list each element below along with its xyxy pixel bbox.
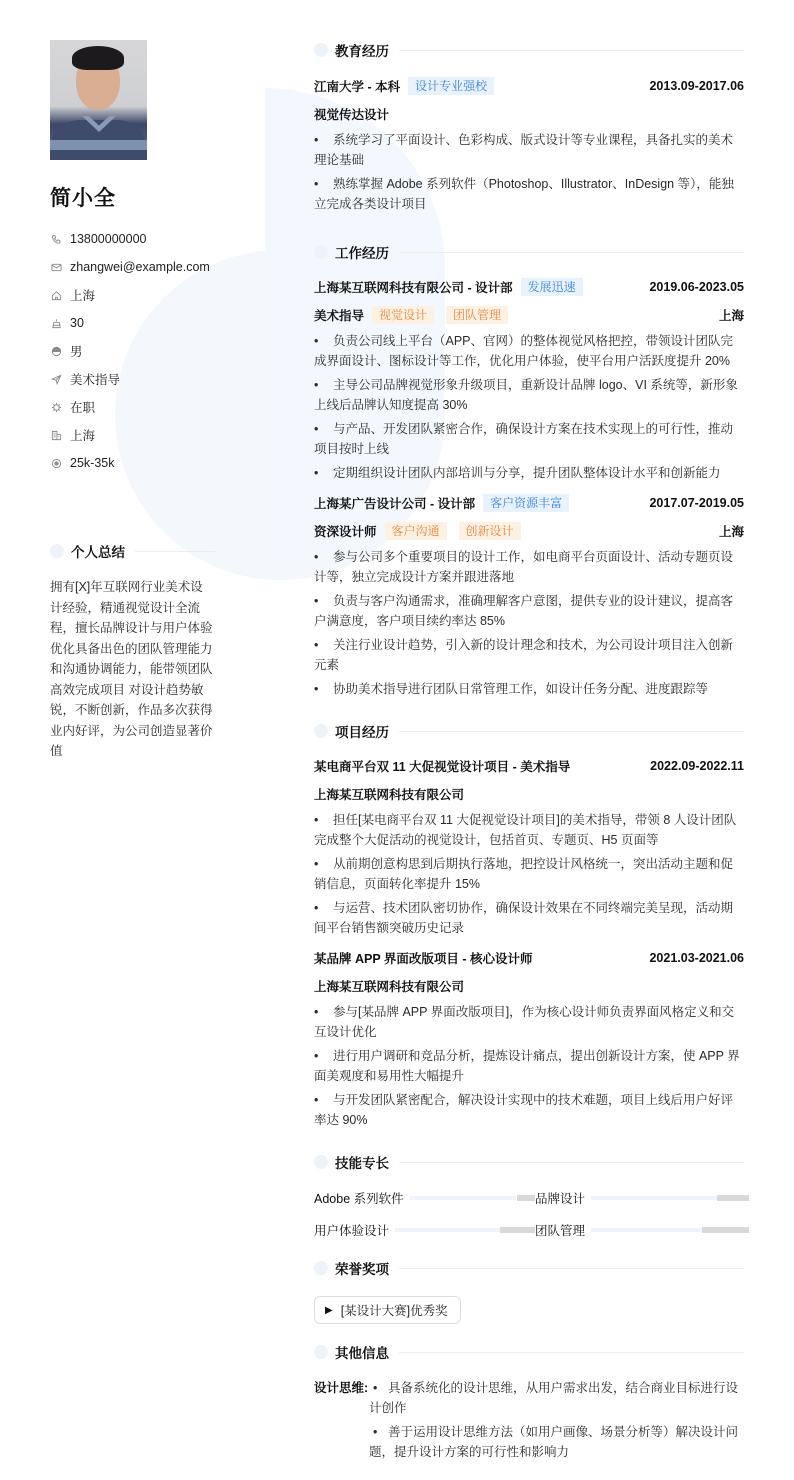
- school-tag: 设计专业强校: [408, 77, 494, 95]
- projects-heading: 项目经历: [314, 721, 744, 741]
- contact-info-list: 13800000000 zhangwei@example.com 上海 30 男…: [50, 225, 220, 477]
- list-item: 从前期创意构思到后期执行落地，把控设计风格统一，突出活动主题和促销信息，页面转化…: [314, 854, 744, 894]
- age-value: 30: [70, 316, 84, 330]
- info-gender: 男: [50, 337, 220, 365]
- role-tag: 团队管理: [446, 306, 508, 324]
- email-value: zhangwei@example.com: [70, 260, 210, 274]
- work-section: 工作经历 上海某互联网科技有限公司 - 设计部 发展迅速 2019.06-202…: [314, 242, 744, 699]
- position-value: 美术指导: [70, 370, 120, 388]
- list-item: 负责与客户沟通需求，准确理解客户意图，提供专业的设计建议，提高客户满意度，客户项…: [314, 591, 744, 631]
- list-item: 与开发团队紧密配合，解决设计实现中的技术难题，项目上线后用户好评率达 90%: [314, 1090, 744, 1130]
- list-item: 与产品、开发团队紧密合作，确保设计方案在技术实现上的可行性，推动项目按时上线: [314, 419, 744, 459]
- section-dot-icon: [314, 724, 328, 738]
- company-tag: 发展迅速: [521, 278, 583, 296]
- award-item[interactable]: ▶ [某设计大赛]优秀奖: [314, 1296, 461, 1324]
- list-item: 担任[某电商平台双 11 大促视觉设计项目]的美术指导，带领 8 人设计团队完成…: [314, 810, 744, 850]
- company-tag: 客户资源丰富: [483, 494, 569, 512]
- info-age: 30: [50, 309, 220, 337]
- skill-item: Adobe 系列软件: [314, 1188, 535, 1208]
- major-name: 视觉传达设计: [314, 105, 389, 123]
- skill-item: 团队管理: [535, 1220, 749, 1240]
- list-item: 系统学习了平面设计、色彩构成、版式设计等专业课程，具备扎实的美术理论基础: [314, 130, 744, 170]
- role-tag: 创新设计: [459, 522, 521, 540]
- summary-title: 个人总结: [71, 541, 125, 561]
- other-label: 设计思维:: [314, 1378, 369, 1466]
- summary-heading: 个人总结: [50, 541, 215, 561]
- project-company-row: 上海某互联网科技有限公司: [314, 976, 744, 996]
- skill-progress-bar: [410, 1195, 535, 1201]
- work-location: 上海: [719, 306, 744, 324]
- projects-section: 项目经历 某电商平台双 11 大促视觉设计项目 - 美术指导 2022.09-2…: [314, 721, 744, 1130]
- send-icon: [50, 373, 62, 385]
- list-item: 进行用户调研和竞品分析，提炼设计痛点，提出创新设计方案，使 APP 界面美观度和…: [314, 1046, 744, 1086]
- info-position: 美术指导: [50, 365, 220, 393]
- list-item: 参与公司多个重要项目的设计工作，如电商平台页面设计、活动专题页设计等，独立完成设…: [314, 547, 744, 587]
- list-item: 关注行业设计趋势，引入新的设计理念和技术，为公司设计项目注入创新元素: [314, 635, 744, 675]
- education-bullets: 系统学习了平面设计、色彩构成、版式设计等专业课程，具备扎实的美术理论基础 熟练掌…: [314, 130, 744, 214]
- work-bullets: 负责公司线上平台（APP、官网）的整体视觉风格把控，带领设计团队完成界面设计、图…: [314, 331, 744, 483]
- gender-value: 男: [70, 342, 83, 360]
- divider: [399, 1162, 744, 1163]
- list-item: 定期组织设计团队内部培训与分享，提升团队整体设计水平和创新能力: [314, 463, 744, 483]
- divider: [399, 252, 744, 253]
- right-column: 教育经历 江南大学 - 本科 设计专业强校 2013.09-2017.06 视觉…: [314, 40, 744, 1466]
- major-row: 视觉传达设计: [314, 104, 744, 124]
- project-name: 某品牌 APP 界面改版项目 - 核心设计师: [314, 949, 533, 967]
- info-status: 在职: [50, 393, 220, 421]
- skill-name: 用户体验设计: [314, 1221, 389, 1239]
- resume-page: 简小全 13800000000 zhangwei@example.com 上海 …: [0, 0, 794, 1480]
- role-tag: 视觉设计: [372, 306, 434, 324]
- section-dot-icon: [314, 1261, 328, 1275]
- other-title: 其他信息: [335, 1342, 389, 1362]
- school-name: 江南大学 - 本科: [314, 77, 400, 95]
- work-entry-header: 上海某广告设计公司 - 设计部 客户资源丰富 2017.07-2019.05: [314, 493, 744, 513]
- list-item: 参与[某品牌 APP 界面改版项目]，作为核心设计师负责界面风格定义和交互设计优…: [314, 1002, 744, 1042]
- salary-value: 25k-35k: [70, 456, 114, 470]
- gender-icon: [50, 345, 62, 357]
- list-item: 主导公司品牌视觉形象升级项目，重新设计品牌 logo、VI 系统等，新形象上线后…: [314, 375, 744, 415]
- project-name: 某电商平台双 11 大促视觉设计项目 - 美术指导: [314, 757, 570, 775]
- project-company-row: 上海某互联网科技有限公司: [314, 784, 744, 804]
- company-name: 上海某互联网科技有限公司 - 设计部: [314, 278, 513, 296]
- work-bullets: 参与公司多个重要项目的设计工作，如电商平台页面设计、活动专题页设计等，独立完成设…: [314, 547, 744, 699]
- project-company: 上海某互联网科技有限公司: [314, 977, 464, 995]
- section-dot-icon: [314, 1155, 328, 1169]
- project-date: 2021.03-2021.06: [649, 951, 744, 965]
- residence-value: 上海: [70, 286, 95, 304]
- divider: [399, 1352, 744, 1353]
- project-entry-header: 某电商平台双 11 大促视觉设计项目 - 美术指导 2022.09-2022.1…: [314, 756, 744, 776]
- section-dot-icon: [50, 544, 64, 558]
- other-section: 其他信息 设计思维: 具备系统化的设计思维，从用户需求出发，结合商业目标进行设计…: [314, 1342, 744, 1466]
- project-entry: 某品牌 APP 界面改版项目 - 核心设计师 2021.03-2021.06 上…: [314, 948, 744, 1130]
- work-entry-header: 上海某互联网科技有限公司 - 设计部 发展迅速 2019.06-2023.05: [314, 277, 744, 297]
- skill-item: 品牌设计: [535, 1188, 749, 1208]
- divider: [399, 50, 744, 51]
- avatar: [50, 40, 147, 160]
- skill-name: Adobe 系列软件: [314, 1189, 404, 1207]
- section-dot-icon: [314, 1345, 328, 1359]
- skills-title: 技能专长: [335, 1152, 389, 1172]
- skills-heading: 技能专长: [314, 1152, 744, 1172]
- list-item: 善于运用设计思维方法（如用户画像、场景分析等）解决设计问题，提升设计方案的可行性…: [369, 1422, 744, 1462]
- list-item: 负责公司线上平台（APP、官网）的整体视觉风格把控，带领设计团队完成界面设计、图…: [314, 331, 744, 371]
- project-bullets: 担任[某电商平台双 11 大促视觉设计项目]的美术指导，带领 8 人设计团队完成…: [314, 810, 744, 938]
- work-title: 工作经历: [335, 242, 389, 262]
- award-label: [某设计大赛]优秀奖: [341, 1301, 448, 1319]
- divider: [135, 551, 215, 552]
- phone-icon: [50, 233, 62, 245]
- info-residence: 上海: [50, 281, 220, 309]
- mail-icon: [50, 261, 62, 273]
- city-value: 上海: [70, 426, 95, 444]
- awards-title: 荣誉奖项: [335, 1258, 389, 1278]
- list-item: 协助美术指导进行团队日常管理工作，如设计任务分配、进度跟踪等: [314, 679, 744, 699]
- divider: [399, 731, 744, 732]
- left-column: 简小全 13800000000 zhangwei@example.com 上海 …: [50, 40, 220, 477]
- work-entry: 上海某广告设计公司 - 设计部 客户资源丰富 2017.07-2019.05 资…: [314, 493, 744, 699]
- play-triangle-icon: ▶: [325, 1305, 333, 1316]
- info-phone: 13800000000: [50, 225, 220, 253]
- list-item: 具备系统化的设计思维，从用户需求出发，结合商业目标进行设计创作: [369, 1378, 744, 1418]
- projects-title: 项目经历: [335, 721, 389, 741]
- role-row: 资深设计师 客户沟通 创新设计 上海: [314, 521, 744, 541]
- info-salary: 25k-35k: [50, 449, 220, 477]
- skill-progress-bar: [591, 1227, 749, 1233]
- status-icon: [50, 401, 62, 413]
- education-entry-header: 江南大学 - 本科 设计专业强校 2013.09-2017.06: [314, 76, 744, 96]
- awards-heading: 荣誉奖项: [314, 1258, 744, 1278]
- other-info-row: 设计思维: 具备系统化的设计思维，从用户需求出发，结合商业目标进行设计创作 善于…: [314, 1378, 744, 1466]
- other-heading: 其他信息: [314, 1342, 744, 1362]
- info-email: zhangwei@example.com: [50, 253, 220, 281]
- awards-section: 荣誉奖项 ▶ [某设计大赛]优秀奖: [314, 1258, 744, 1324]
- education-title: 教育经历: [335, 40, 389, 60]
- building-icon: [50, 429, 62, 441]
- candidate-name: 简小全: [50, 182, 220, 212]
- skill-item: 用户体验设计: [314, 1220, 535, 1240]
- age-icon: [50, 317, 62, 329]
- project-bullets: 参与[某品牌 APP 界面改版项目]，作为核心设计师负责界面风格定义和交互设计优…: [314, 1002, 744, 1130]
- education-section: 教育经历 江南大学 - 本科 设计专业强校 2013.09-2017.06 视觉…: [314, 40, 744, 214]
- divider: [399, 1268, 744, 1269]
- company-name: 上海某广告设计公司 - 设计部: [314, 494, 475, 512]
- project-date: 2022.09-2022.11: [650, 759, 744, 773]
- work-entry: 上海某互联网科技有限公司 - 设计部 发展迅速 2019.06-2023.05 …: [314, 277, 744, 483]
- work-date: 2019.06-2023.05: [649, 280, 744, 294]
- role-row: 美术指导 视觉设计 团队管理 上海: [314, 305, 744, 325]
- section-dot-icon: [314, 43, 328, 57]
- skill-name: 团队管理: [535, 1221, 585, 1239]
- status-value: 在职: [70, 398, 95, 416]
- project-entry-header: 某品牌 APP 界面改版项目 - 核心设计师 2021.03-2021.06: [314, 948, 744, 968]
- work-heading: 工作经历: [314, 242, 744, 262]
- salary-icon: [50, 457, 62, 469]
- skills-grid: Adobe 系列软件 品牌设计 用户体验设计 团队管理: [314, 1188, 744, 1240]
- phone-value: 13800000000: [70, 232, 146, 246]
- section-dot-icon: [314, 245, 328, 259]
- skill-progress-bar: [395, 1227, 535, 1233]
- other-bullets: 具备系统化的设计思维，从用户需求出发，结合商业目标进行设计创作 善于运用设计思维…: [369, 1378, 744, 1466]
- skill-name: 品牌设计: [535, 1189, 585, 1207]
- education-date: 2013.09-2017.06: [649, 79, 744, 93]
- role-name: 美术指导: [314, 306, 364, 324]
- work-location: 上海: [719, 522, 744, 540]
- role-tag: 客户沟通: [385, 522, 447, 540]
- skill-progress-bar: [591, 1195, 749, 1201]
- list-item: 与运营、技术团队密切协作，确保设计效果在不同终端完美呈现，活动期间平台销售额突破…: [314, 898, 744, 938]
- role-name: 资深设计师: [314, 522, 377, 540]
- education-heading: 教育经历: [314, 40, 744, 60]
- info-city: 上海: [50, 421, 220, 449]
- work-date: 2017.07-2019.05: [649, 496, 744, 510]
- project-company: 上海某互联网科技有限公司: [314, 785, 464, 803]
- list-item: 熟练掌握 Adobe 系列软件（Photoshop、Illustrator、In…: [314, 174, 744, 214]
- skills-section: 技能专长 Adobe 系列软件 品牌设计 用户体验设计 团队管理: [314, 1152, 744, 1240]
- project-entry: 某电商平台双 11 大促视觉设计项目 - 美术指导 2022.09-2022.1…: [314, 756, 744, 938]
- home-icon: [50, 289, 62, 301]
- summary-text: 拥有[X]年互联网行业美术设计经验，精通视觉设计全流程，擅长品牌设计与用户体验优…: [50, 577, 215, 762]
